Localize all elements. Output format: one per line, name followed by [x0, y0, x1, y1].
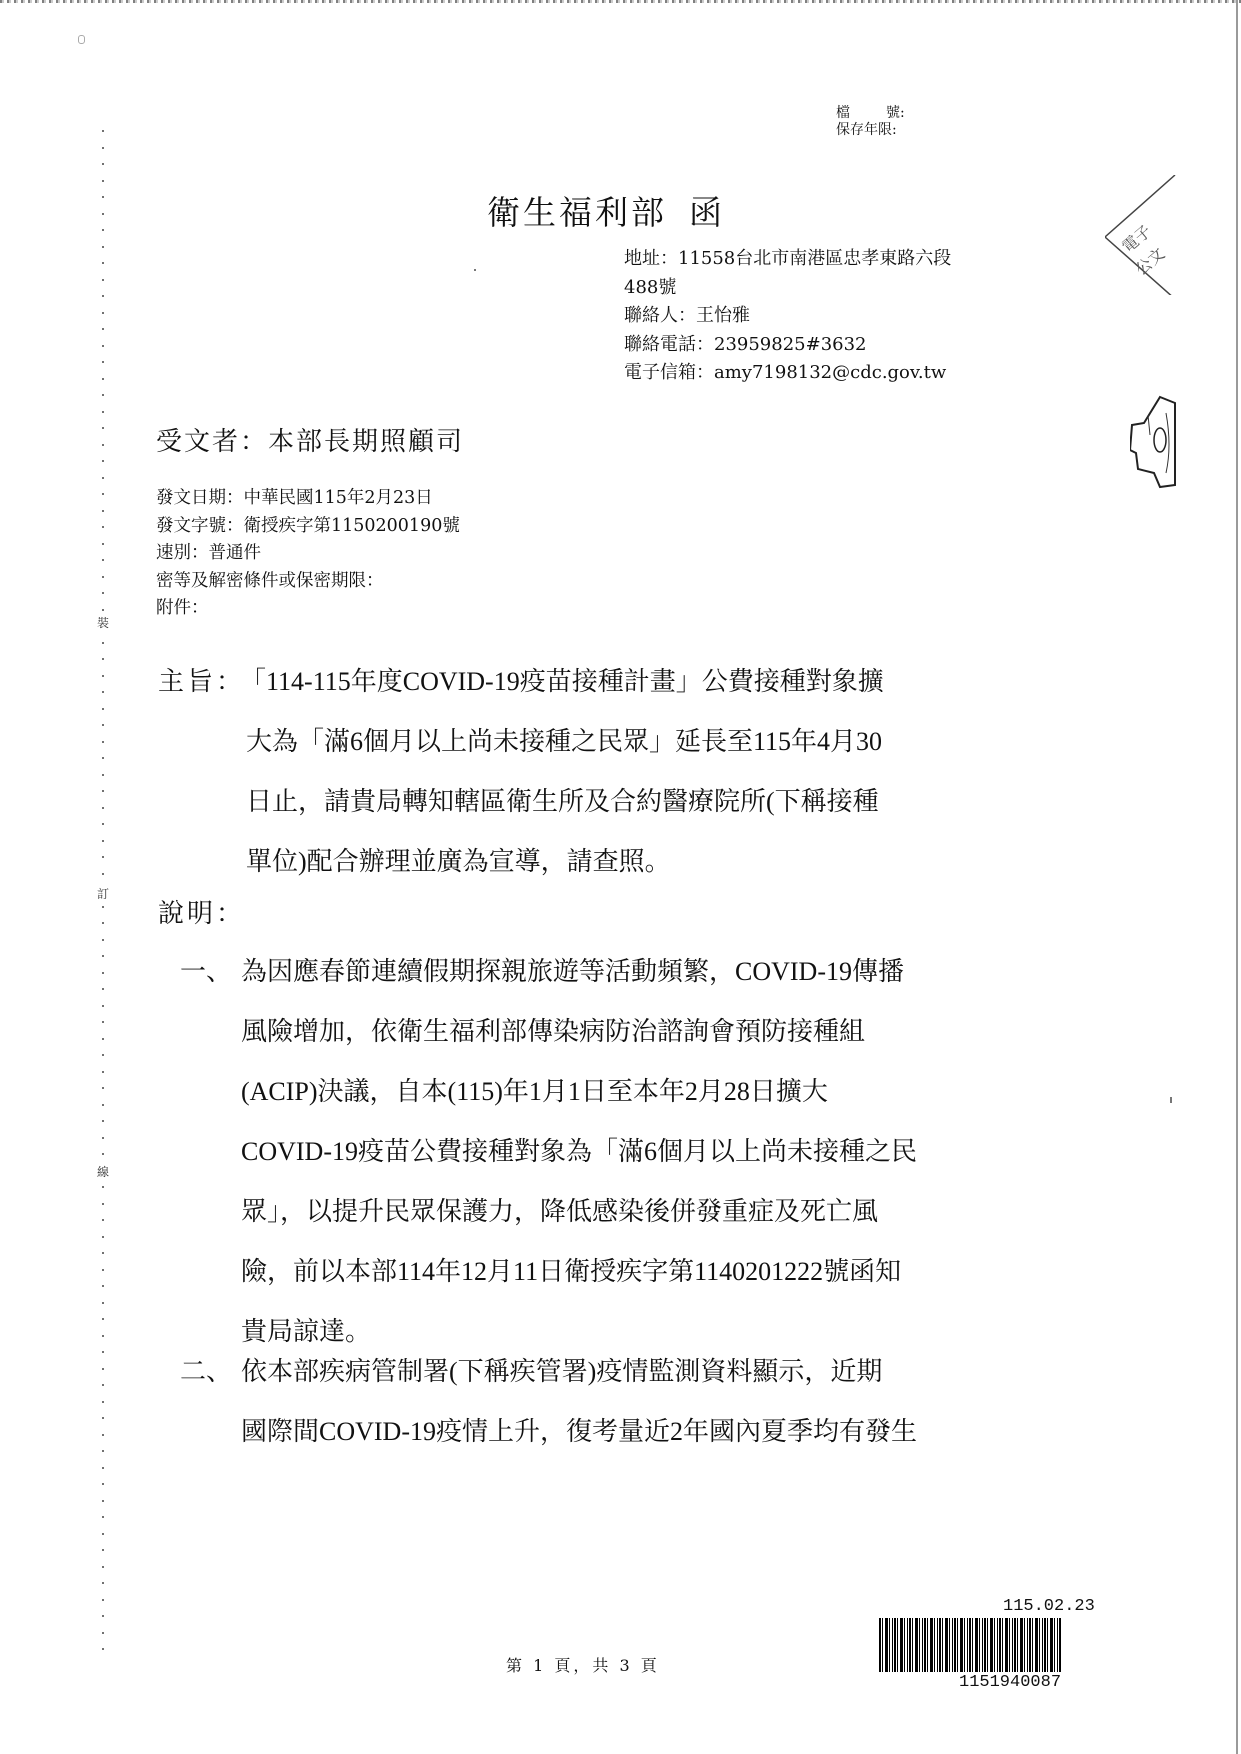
binding-dot	[102, 1104, 104, 1106]
binding-dot	[102, 988, 104, 990]
file-number-label-b: 號:	[886, 105, 905, 122]
item-line: 眾」，以提升民眾保護力，降低感染後併發重症及死亡風	[241, 1191, 878, 1228]
confidentiality: 密等及解密條件或保密期限：	[156, 568, 460, 596]
electronic-document-stamp-icon: 電子 公文	[1105, 175, 1185, 295]
binding-dot	[102, 609, 104, 611]
attachments: 附件：	[156, 595, 460, 623]
binding-dot	[102, 873, 104, 875]
binding-dot	[102, 279, 104, 281]
binding-dot	[102, 1368, 104, 1370]
binding-dot	[102, 642, 104, 644]
document-number: 發文字號：衛授疾字第1150200190號	[156, 513, 460, 541]
binding-dot	[102, 328, 104, 330]
retention-label: 保存年限:	[836, 122, 897, 139]
binding-dot	[102, 1005, 104, 1007]
binding-dot	[102, 427, 104, 429]
explanation-label: 說明：	[158, 893, 245, 930]
contact-phone: 聯絡電話：23959825#3632	[624, 331, 951, 360]
gear-stamp-icon	[1130, 395, 1185, 490]
binding-mark-bind: 裝	[95, 616, 111, 630]
subject-line: 大為「滿6個月以上尚未接種之民眾」延長至115年4月30	[246, 721, 882, 758]
binding-dot	[102, 1137, 104, 1139]
item-line: 險，前以本部114年12月11日衛授疾字第1140201222號函知	[241, 1251, 901, 1288]
binding-dot	[102, 1021, 104, 1023]
document-title: 衛生福利部函	[487, 187, 725, 234]
binding-dot	[102, 1500, 104, 1502]
binding-dot	[102, 939, 104, 941]
file-number-row: 檔 號:	[836, 105, 905, 122]
item-line: 國際間COVID-19疫情上升，復考量近2年國內夏季均有發生	[241, 1411, 917, 1448]
binding-dot	[102, 1071, 104, 1073]
file-number-label-a: 檔	[836, 105, 886, 122]
binding-dot	[102, 1483, 104, 1485]
binding-dot	[102, 1252, 104, 1254]
file-meta: 檔 號: 保存年限:	[836, 105, 905, 139]
scan-edge-top	[0, 0, 1241, 3]
binding-dot	[102, 1516, 104, 1518]
binding-dot	[102, 1450, 104, 1452]
contact-email: 電子信箱：amy7198132@cdc.gov.tw	[624, 359, 951, 388]
binding-dot	[102, 774, 104, 776]
binding-dot	[102, 807, 104, 809]
binding-dot	[102, 378, 104, 380]
binding-dot	[102, 691, 104, 693]
binding-dot	[102, 163, 104, 165]
binding-dot	[102, 1335, 104, 1337]
binding-dot	[102, 1186, 104, 1188]
binding-dot	[102, 757, 104, 759]
agency-name: 衛生福利部	[487, 193, 667, 232]
binding-dot	[102, 1153, 104, 1155]
binding-dot	[102, 1582, 104, 1584]
binding-dot	[102, 856, 104, 858]
barcode-date: 115.02.23	[1003, 1597, 1095, 1616]
binding-dot	[102, 1467, 104, 1469]
item-number: 二、	[180, 1351, 232, 1388]
item-line: (ACIP)決議，自本(115)年1月1日至本年2月28日擴大	[241, 1071, 828, 1108]
binding-dot	[102, 1632, 104, 1634]
binding-dot	[102, 1566, 104, 1568]
binding-dot	[102, 526, 104, 528]
binding-dot	[102, 246, 104, 248]
binding-dot	[102, 708, 104, 710]
binding-dot	[102, 972, 104, 974]
binding-dot	[102, 180, 104, 182]
binding-dot	[102, 1549, 104, 1551]
binding-dot	[102, 394, 104, 396]
binding-dot	[102, 213, 104, 215]
binding-dot	[102, 955, 104, 957]
binding-dot	[102, 1269, 104, 1271]
binding-dot	[102, 1417, 104, 1419]
barcode	[879, 1618, 1061, 1672]
binding-dot	[102, 510, 104, 512]
binding-dot	[102, 361, 104, 363]
binding-dot	[102, 1285, 104, 1287]
binding-dot	[102, 1615, 104, 1617]
binding-dot	[102, 444, 104, 446]
binding-dot	[102, 543, 104, 545]
binding-dot	[102, 312, 104, 314]
address-line-2: 488號	[624, 274, 951, 303]
scan-speck	[1170, 1097, 1172, 1103]
scan-edge-right	[1236, 0, 1238, 1754]
scan-artifact	[78, 35, 85, 44]
subject-line: 單位)配合辦理並廣為宣導，請查照。	[246, 841, 671, 878]
binding-dot	[102, 147, 104, 149]
binding-line: 裝 訂 線	[98, 120, 110, 1660]
subject-line: 日止，請貴局轉知轄區衛生所及合約醫療院所(下稱接種	[246, 781, 879, 818]
binding-dot	[102, 1434, 104, 1436]
binding-dot	[102, 1236, 104, 1238]
binding-dot	[102, 1401, 104, 1403]
binding-dot	[102, 1087, 104, 1089]
urgency: 速別：普通件	[156, 540, 460, 568]
binding-dot	[102, 576, 104, 578]
page-indicator: 第 1 頁，共 3 頁	[506, 1653, 660, 1676]
binding-dot	[102, 675, 104, 677]
issue-date: 發文日期：中華民國115年2月23日	[156, 485, 460, 513]
contact-person: 聯絡人：王怡雅	[624, 302, 951, 331]
item-line: 貴局諒達。	[241, 1311, 371, 1348]
binding-dot	[102, 1351, 104, 1353]
item-line: 依本部疾病管制署(下稱疾管署)疫情監測資料顯示，近期	[241, 1351, 882, 1388]
retention-row: 保存年限:	[836, 122, 905, 139]
binding-dot	[102, 1203, 104, 1205]
item-line: COVID-19疫苗公費接種對象為「滿6個月以上尚未接種之民	[241, 1131, 917, 1168]
recipient: 受文者：本部長期照顧司	[156, 421, 464, 458]
binding-dot	[102, 823, 104, 825]
binding-dot	[102, 411, 104, 413]
binding-dot	[102, 658, 104, 660]
contact-block: 地址：11558台北市南港區忠孝東路六段 488號 聯絡人：王怡雅 聯絡電話：2…	[624, 245, 951, 388]
binding-dot	[102, 295, 104, 297]
binding-dot	[102, 840, 104, 842]
scan-speck	[474, 269, 476, 271]
document-meta: 發文日期：中華民國115年2月23日 發文字號：衛授疾字第1150200190號…	[156, 485, 460, 623]
item-number: 一、	[180, 951, 232, 988]
binding-dot	[102, 1318, 104, 1320]
subject-label: 主旨：	[158, 661, 245, 698]
binding-dot	[102, 196, 104, 198]
binding-dot	[102, 741, 104, 743]
address-line-1: 地址：11558台北市南港區忠孝東路六段	[624, 245, 951, 274]
binding-dot	[102, 1219, 104, 1221]
binding-dot	[102, 1302, 104, 1304]
item-line: 風險增加，依衛生福利部傳染病防治諮詢會預防接種組	[241, 1011, 865, 1048]
binding-dot	[102, 1533, 104, 1535]
binding-dot	[102, 724, 104, 726]
binding-dot	[102, 922, 104, 924]
binding-dot	[102, 1648, 104, 1650]
item-line: 為因應春節連續假期探親旅遊等活動頻繁，COVID-19傳播	[241, 951, 904, 988]
binding-dot	[102, 460, 104, 462]
barcode-number: 1151940087	[959, 1673, 1061, 1692]
binding-dot	[102, 559, 104, 561]
binding-dot	[102, 592, 104, 594]
binding-mark-line: 線	[95, 1165, 111, 1179]
binding-dot	[102, 790, 104, 792]
binding-mark-staple: 訂	[95, 887, 111, 901]
binding-dot	[102, 1384, 104, 1386]
binding-dot	[102, 477, 104, 479]
binding-dot	[102, 229, 104, 231]
binding-dot	[102, 1120, 104, 1122]
binding-dot	[102, 1599, 104, 1601]
doc-type: 函	[689, 193, 725, 232]
binding-dot	[102, 1038, 104, 1040]
subject-line: 「114-115年度COVID-19疫苗接種計畫」公費接種對象擴	[240, 661, 884, 698]
binding-dot	[102, 1054, 104, 1056]
binding-dot	[102, 345, 104, 347]
binding-dot	[102, 906, 104, 908]
binding-dot	[102, 262, 104, 264]
binding-dot	[102, 130, 104, 132]
binding-dot	[102, 493, 104, 495]
